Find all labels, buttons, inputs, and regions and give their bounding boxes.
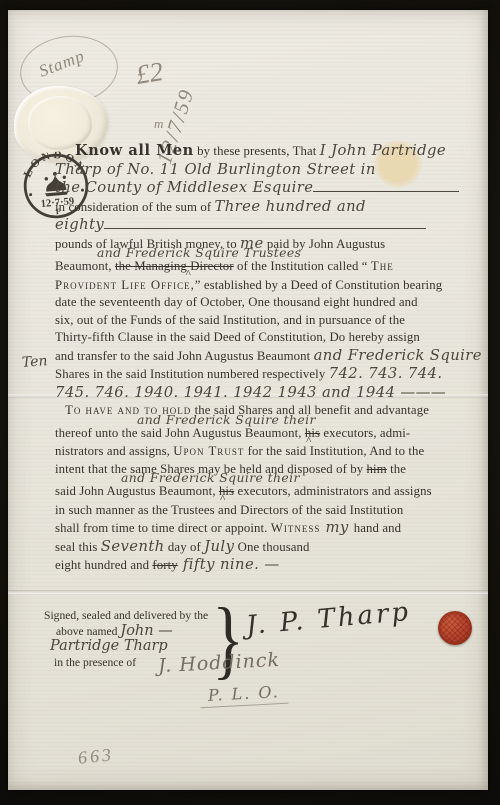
deed-line: Shares in the said Institution numbered … — [55, 365, 451, 384]
deed-text-segment: Three hundred and — [214, 198, 365, 215]
deed-text-segment: executors, administrators and assigns — [234, 484, 432, 498]
postmark-dot — [29, 193, 32, 196]
deed-line: date the seventeenth day of October, One… — [55, 294, 451, 312]
deed-line: eighty — [55, 216, 451, 235]
deed-text-segment: fifty nine. — — [178, 556, 280, 573]
deed-text-segment: I John Partridge — [320, 142, 446, 159]
attestation-line: Signed, sealed and delivered by the — [44, 608, 234, 624]
deed-text-segment: Beaumont, — [55, 259, 115, 273]
deed-line: Provident Life Office,” established by a… — [55, 277, 451, 295]
deed-line: thereof unto the said John Augustus Beau… — [55, 425, 451, 444]
deed-line: nistrators and assigns, Upon Trust for t… — [55, 443, 451, 461]
deed-text-segment: seal this — [55, 540, 101, 554]
struck-text: the Managing Director — [115, 259, 234, 273]
deed-text-segment: by these presents, That — [194, 144, 320, 158]
deed-text-segment: Tharp of No. 11 Old Burlington Street in — [55, 161, 376, 178]
struck-text: forty — [152, 558, 177, 572]
deed-text-segment: Witness — [271, 521, 321, 535]
struck-text: him — [367, 462, 387, 476]
signature-tharp: J. P. Tharp — [235, 596, 422, 642]
deed-text-segment: the County of Middlesex Esquire — [55, 179, 313, 196]
deed-text-segment: Upon Trust — [173, 444, 244, 458]
deed-line: 745. 746. 1940. 1941. 1942 1943 and 1944… — [55, 384, 451, 403]
deed-text-segment: Seventh — [101, 538, 165, 555]
fold-crease — [8, 590, 488, 594]
deed-text-segment: Thirty-fifth Clause in the said Deed of … — [55, 330, 420, 344]
deed-text-segment: six, out of the Funds of the said Instit… — [55, 313, 405, 327]
deed-line: Tharp of No. 11 Old Burlington Street in — [55, 161, 451, 180]
deed-line: Thirty-fifth Clause in the said Deed of … — [55, 329, 451, 347]
deed-line: and transfer to the said John Augustus B… — [55, 347, 451, 366]
deed-text-segment: Shares in the said Institution numbered … — [55, 367, 329, 381]
deed-text-segment: of the Institution called “ — [234, 259, 371, 273]
pencil-amount-note: £2 — [134, 56, 166, 91]
deed-line: the County of Middlesex Esquire — [55, 179, 451, 198]
deed-text-segment: July — [204, 538, 234, 555]
witness-org-initials: P. L. O. — [199, 682, 288, 709]
share-numbers: 745. 746. 1940. 1941. 1942 1943 and 1944… — [55, 384, 446, 401]
deed-text-segment: in consideration of the sum of — [55, 200, 214, 214]
deed-line: in consideration of the sum of Three hun… — [55, 198, 451, 217]
deed-text-segment: in such manner as the Trustees and Direc… — [55, 503, 403, 517]
document-paper: Stamp LONDON 12·7·59 F £2 12/7/59 m — [8, 10, 488, 790]
deed-line: in such manner as the Trustees and Direc… — [55, 502, 451, 520]
deed-text-segment: and Frederick Squire — [314, 347, 482, 364]
attestation-line: above named John — — [44, 624, 234, 640]
red-wax-seal — [438, 611, 472, 645]
deed-text-segment: eighty — [55, 216, 104, 233]
deed-line: shall from time to time direct or appoin… — [55, 519, 451, 538]
deed-line: six, out of the Funds of the said Instit… — [55, 312, 451, 330]
deed-text-segment: shall from time to time direct or appoin… — [55, 521, 271, 535]
photo-background: Stamp LONDON 12·7·59 F £2 12/7/59 m — [0, 0, 500, 805]
blank-rule — [313, 181, 459, 192]
deed-text-segment: for the said Institution, And to the — [244, 444, 424, 458]
share-numbers: 742. 743. 744. — [329, 365, 443, 382]
deed-text-segment: and transfer to the said John Augustus B… — [55, 349, 314, 363]
deed-text-segment: thereof unto the said John Augustus Beau… — [55, 426, 305, 440]
deed-line: Beaumont, the Managing Director^ of the … — [55, 258, 451, 277]
deed-line: seal this Seventh day of July One thousa… — [55, 538, 451, 557]
deed-text-segment: One thousand — [234, 540, 309, 554]
margin-share-count: Ten — [21, 353, 48, 371]
deed-line: eight hundred and forty fifty nine. — — [55, 556, 451, 575]
deed-text-segment: ” established by a Deed of Constitution … — [195, 278, 442, 292]
deed-text-segment: The — [371, 259, 394, 273]
pencil-circled-word: Stamp — [36, 46, 88, 82]
deed-text-segment: Know all Men — [75, 142, 194, 159]
deed-text-segment: day of — [165, 540, 205, 554]
deed-body: Ten Know all Men by these presents, That… — [55, 142, 451, 575]
deed-text-segment: my — [320, 519, 353, 536]
pencil-file-number: 663 — [77, 744, 115, 769]
deed-text-segment: date the seventeenth day of October, One… — [55, 295, 418, 309]
deed-line: Know all Men by these presents, That I J… — [55, 142, 451, 161]
deed-text-segment: eight hundred and — [55, 558, 152, 572]
deed-text-segment: said John Augustus Beaumont, — [55, 484, 219, 498]
deed-text-segment: hand and — [354, 521, 401, 535]
deed-text-segment: the — [387, 462, 406, 476]
deed-text-segment: nistrators and assigns, — [55, 444, 173, 458]
pencil-small-mark: m — [154, 116, 163, 132]
deed-line: said John Augustus Beaumont, his^ execut… — [55, 483, 451, 502]
deed-text-segment: Provident Life Office, — [55, 278, 195, 292]
attestation-name: John — — [120, 623, 172, 639]
blank-rule — [104, 218, 426, 229]
attestation-text: above named — [56, 625, 120, 638]
deed-text-segment: executors, admi- — [320, 426, 410, 440]
